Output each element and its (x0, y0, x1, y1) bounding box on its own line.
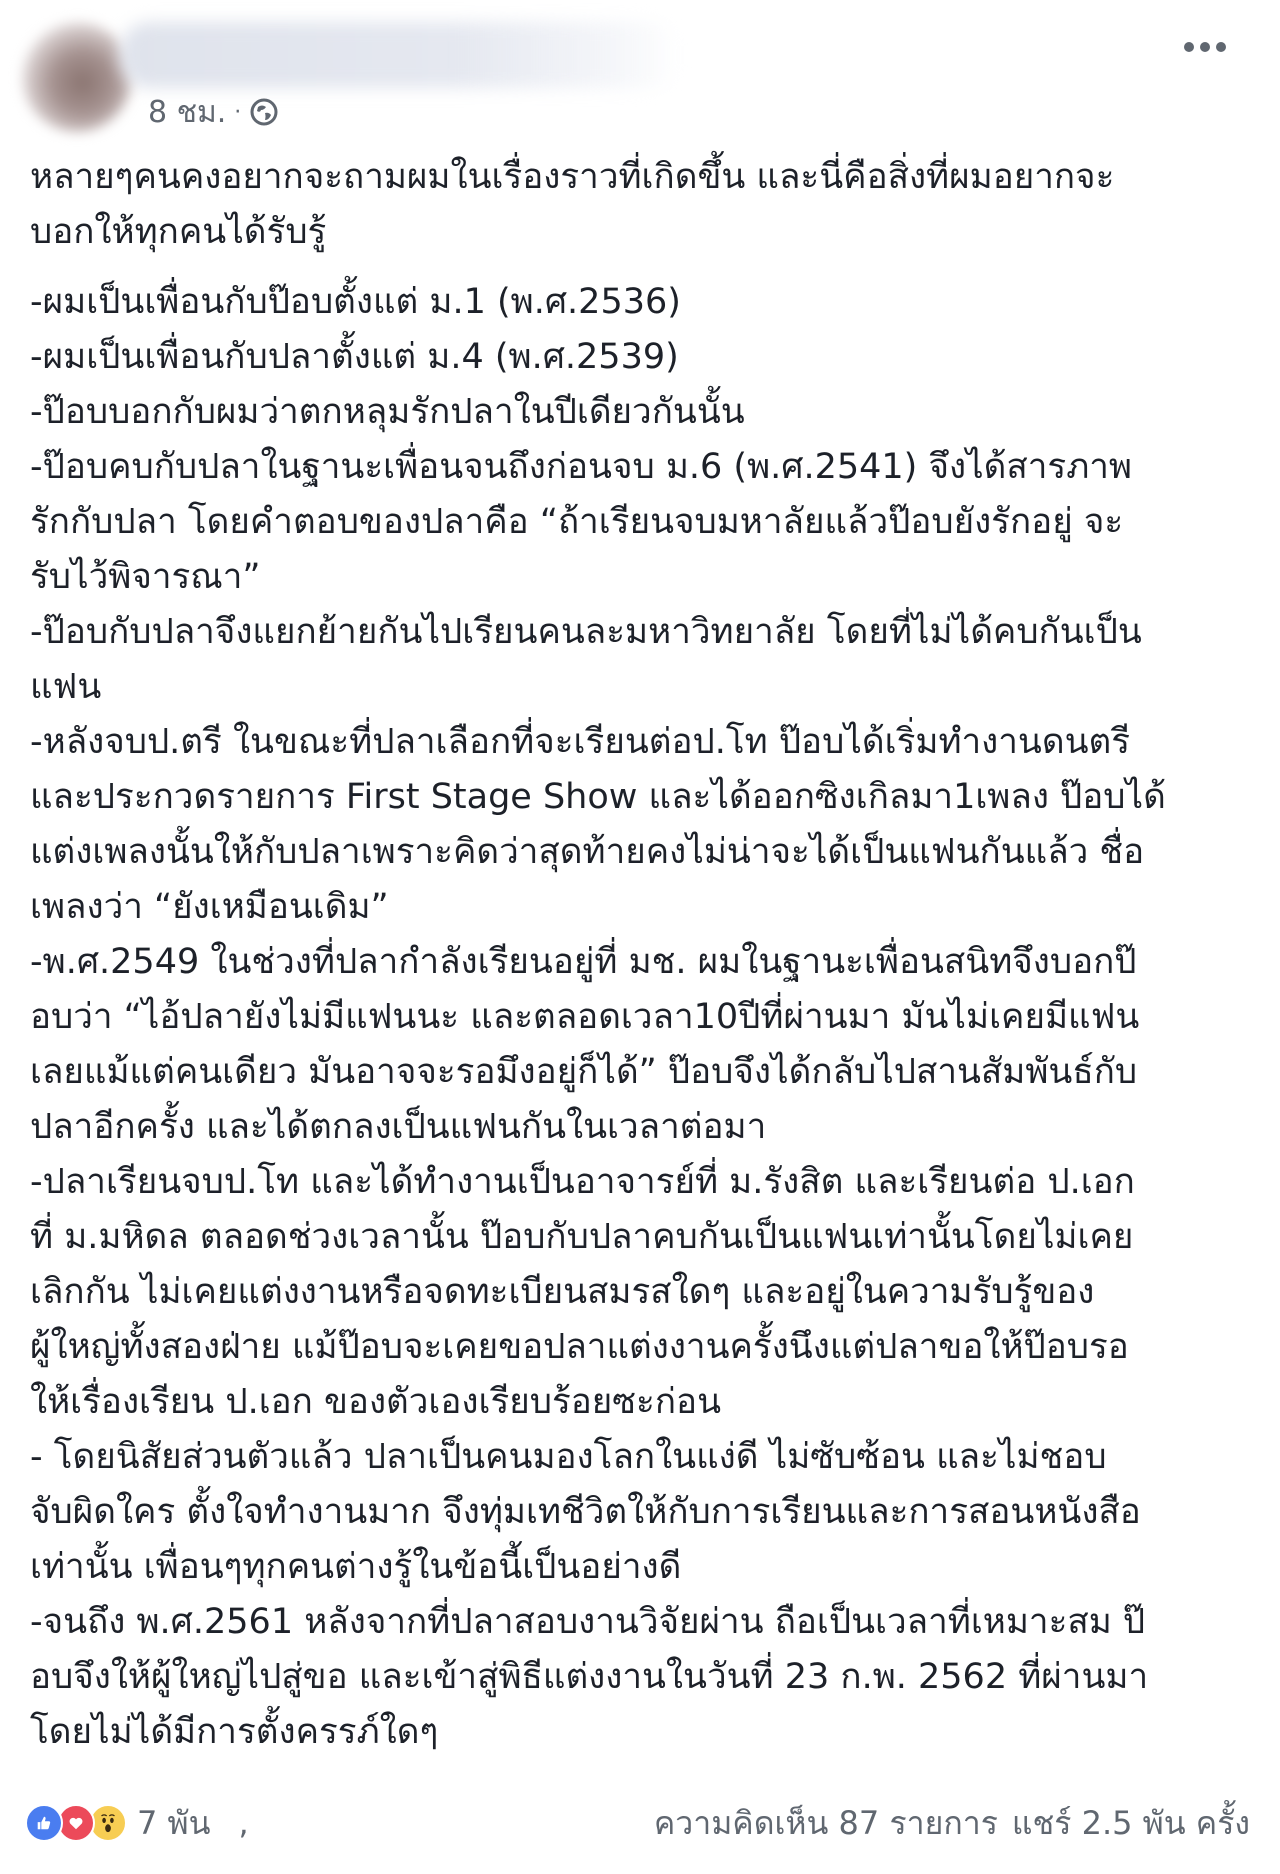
meta-separator: · (234, 100, 241, 125)
comment-count-link[interactable]: ความคิดเห็น 87 รายการ (654, 1798, 998, 1849)
author-name-blurred[interactable] (120, 22, 680, 88)
post-header: 8 ชม. · (0, 0, 1280, 140)
more-options-button[interactable] (1180, 38, 1230, 56)
post-footer: 7 พัน , ความคิดเห็น 87 รายการ แชร์ 2.5 พ… (0, 1795, 1280, 1851)
post-stats: ความคิดเห็น 87 รายการ แชร์ 2.5 พัน ครั้ง (654, 1801, 1250, 1845)
avatar[interactable] (22, 22, 132, 132)
timestamp[interactable]: 8 ชม. (148, 89, 226, 136)
like-icon (25, 1804, 63, 1842)
separator-comma: , (239, 1804, 249, 1842)
post-paragraph-intro: หลายๆคนคงอยากจะถามผมในเรื่องราวที่เกิดขึ… (30, 150, 1260, 260)
globe-icon[interactable] (249, 97, 279, 127)
post-body: หลายๆคนคงอยากจะถามผมในเรื่องราวที่เกิดขึ… (30, 150, 1260, 1775)
ellipsis-icon (1184, 42, 1194, 52)
share-count-link[interactable]: แชร์ 2.5 พัน ครั้ง (1012, 1798, 1250, 1849)
post-meta: 8 ชม. · (148, 92, 279, 132)
reactions-summary[interactable]: 7 พัน , (25, 1801, 249, 1845)
post-paragraph-timeline: -ผมเป็นเพื่อนกับป๊อบตั้งแต่ ม.1 (พ.ศ.253… (30, 275, 1260, 1760)
reaction-count: 7 พัน (137, 1798, 211, 1849)
